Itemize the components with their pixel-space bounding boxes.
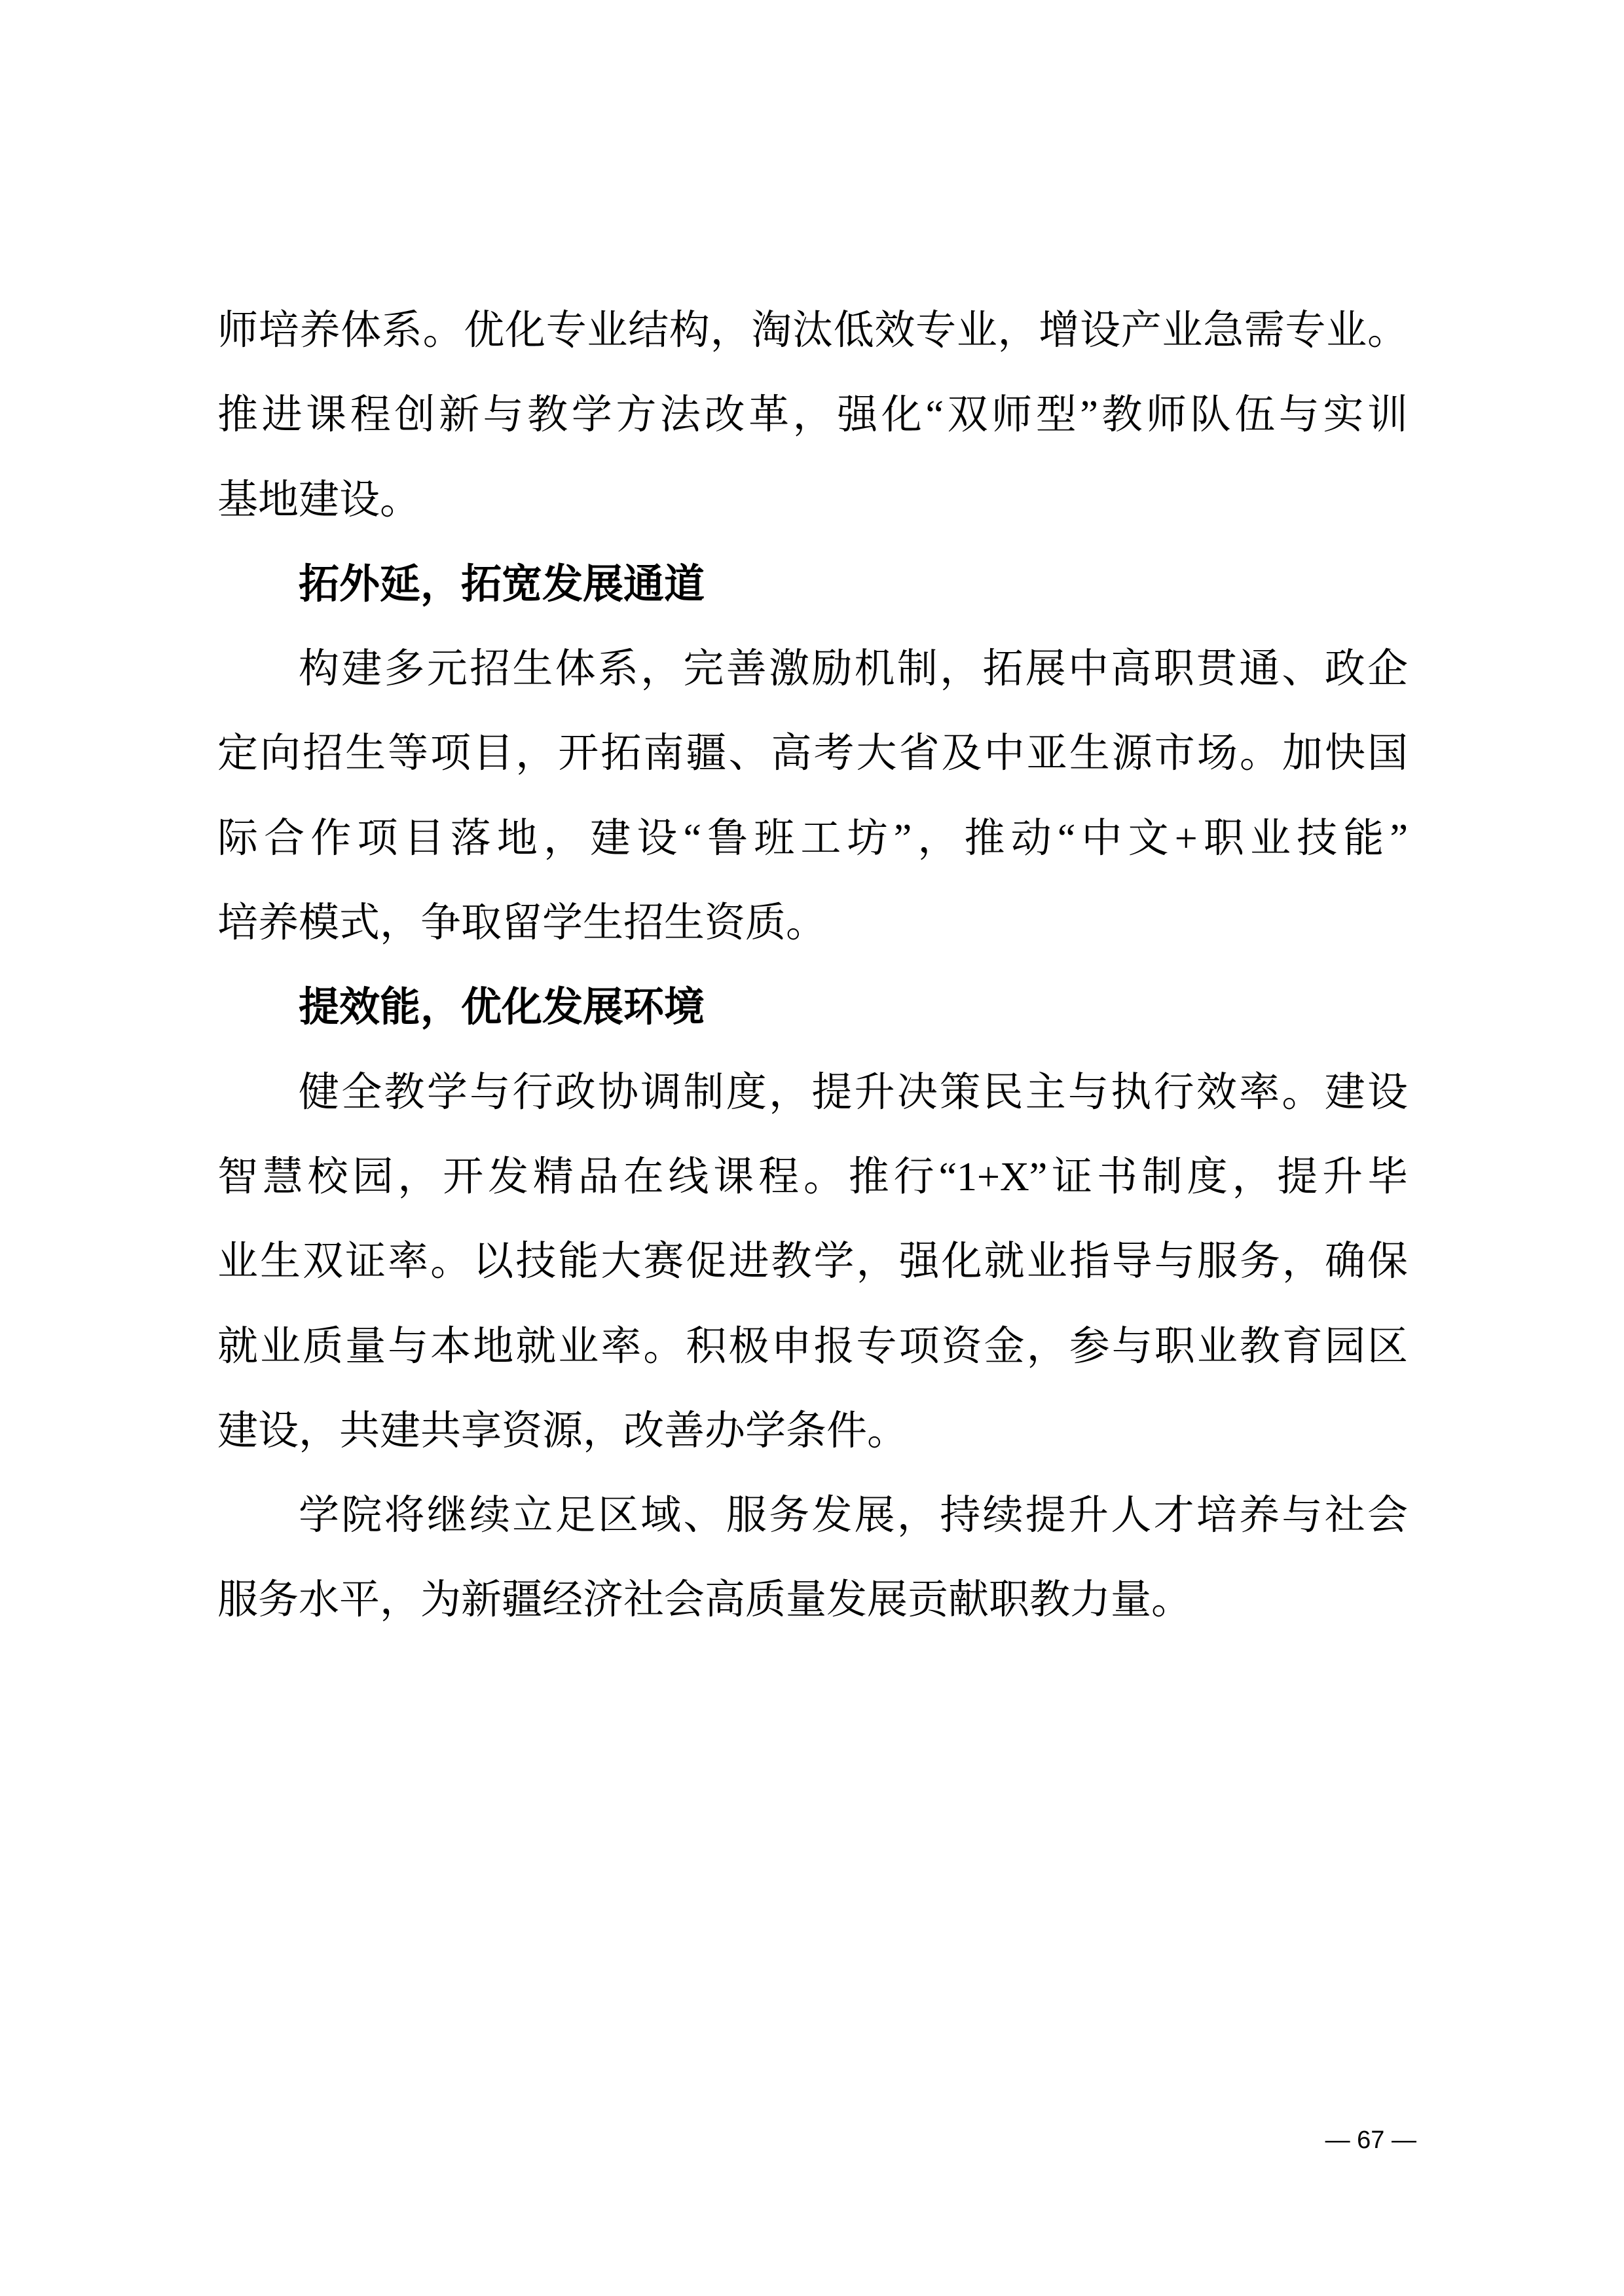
body-line: 师培养体系。优化专业结构，淘汰低效专业，增设产业急需专业。 bbox=[217, 289, 1408, 373]
body-line: 服务水平，为新疆经济社会高质量发展贡献职教力量。 bbox=[217, 1558, 1408, 1643]
body-line: 定向招生等项目，开拓南疆、高考大省及中亚生源市场。加快国 bbox=[217, 712, 1408, 796]
body-line: 基地建设。 bbox=[217, 458, 1408, 543]
body-line: 培养模式，争取留学生招生资质。 bbox=[217, 881, 1408, 966]
heading-line: 提效能，优化发展环境 bbox=[217, 966, 1408, 1050]
body-line: 构建多元招生体系，完善激励机制，拓展中高职贯通、政企 bbox=[217, 627, 1408, 712]
body-line: 就业质量与本地就业率。积极申报专项资金，参与职业教育园区 bbox=[217, 1305, 1408, 1389]
body-line: 健全教学与行政协调制度，提升决策民主与执行效率。建设 bbox=[217, 1051, 1408, 1135]
body-line: 智慧校园，开发精品在线课程。推行“1+X”证书制度，提升毕 bbox=[217, 1135, 1408, 1220]
body-line: 建设，共建共享资源，改善办学条件。 bbox=[217, 1389, 1408, 1474]
body-line: 推进课程创新与教学方法改革，强化“双师型”教师队伍与实训 bbox=[217, 373, 1408, 458]
heading-line: 拓外延，拓宽发展通道 bbox=[217, 543, 1408, 627]
body-line: 学院将继续立足区域、服务发展，持续提升人才培养与社会 bbox=[217, 1474, 1408, 1558]
body-line: 际合作项目落地，建设“鲁班工坊”，推动“中文+职业技能” bbox=[217, 797, 1408, 881]
document-body: 师培养体系。优化专业结构，淘汰低效专业，增设产业急需专业。推进课程创新与教学方法… bbox=[217, 289, 1408, 1643]
document-page: 师培养体系。优化专业结构，淘汰低效专业，增设产业急需专业。推进课程创新与教学方法… bbox=[0, 0, 1624, 2296]
page-number: — 67 — bbox=[1325, 2126, 1416, 2156]
body-line: 业生双证率。以技能大赛促进教学，强化就业指导与服务，确保 bbox=[217, 1220, 1408, 1304]
